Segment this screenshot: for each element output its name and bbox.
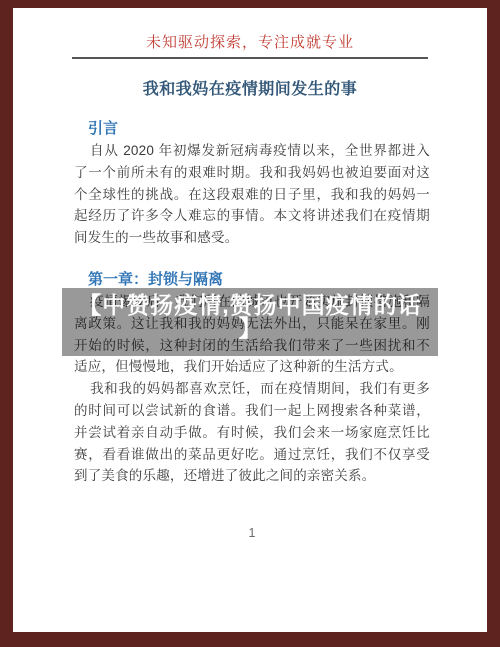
paragraph-cooking: 我和我的妈妈都喜欢烹饪，而在疫情期间，我们有更多的时间可以尝试新的食谱。我们一起… <box>74 378 430 487</box>
page-number: 1 <box>74 523 430 543</box>
header-divider <box>72 57 428 59</box>
document-title: 我和我妈在疫情期间发生的事 <box>13 74 487 106</box>
paragraph-intro: 自从 2020 年初爆发新冠病毒疫情以来，全世界都进入了一个前所未有的艰难时期。… <box>74 140 430 249</box>
section-heading-intro: 引言 <box>88 118 430 140</box>
watermark-title-line2: 】 <box>62 318 438 339</box>
header-slogan: 未知驱动探索，专注成就专业 <box>13 33 487 53</box>
page-frame: 未知驱动探索，专注成就专业 我和我妈在疫情期间发生的事 引言 自从 2020 年… <box>0 0 500 647</box>
watermark-overlay: 【中赞扬疫情,赞扬中国疫情的话 】 <box>62 288 438 356</box>
